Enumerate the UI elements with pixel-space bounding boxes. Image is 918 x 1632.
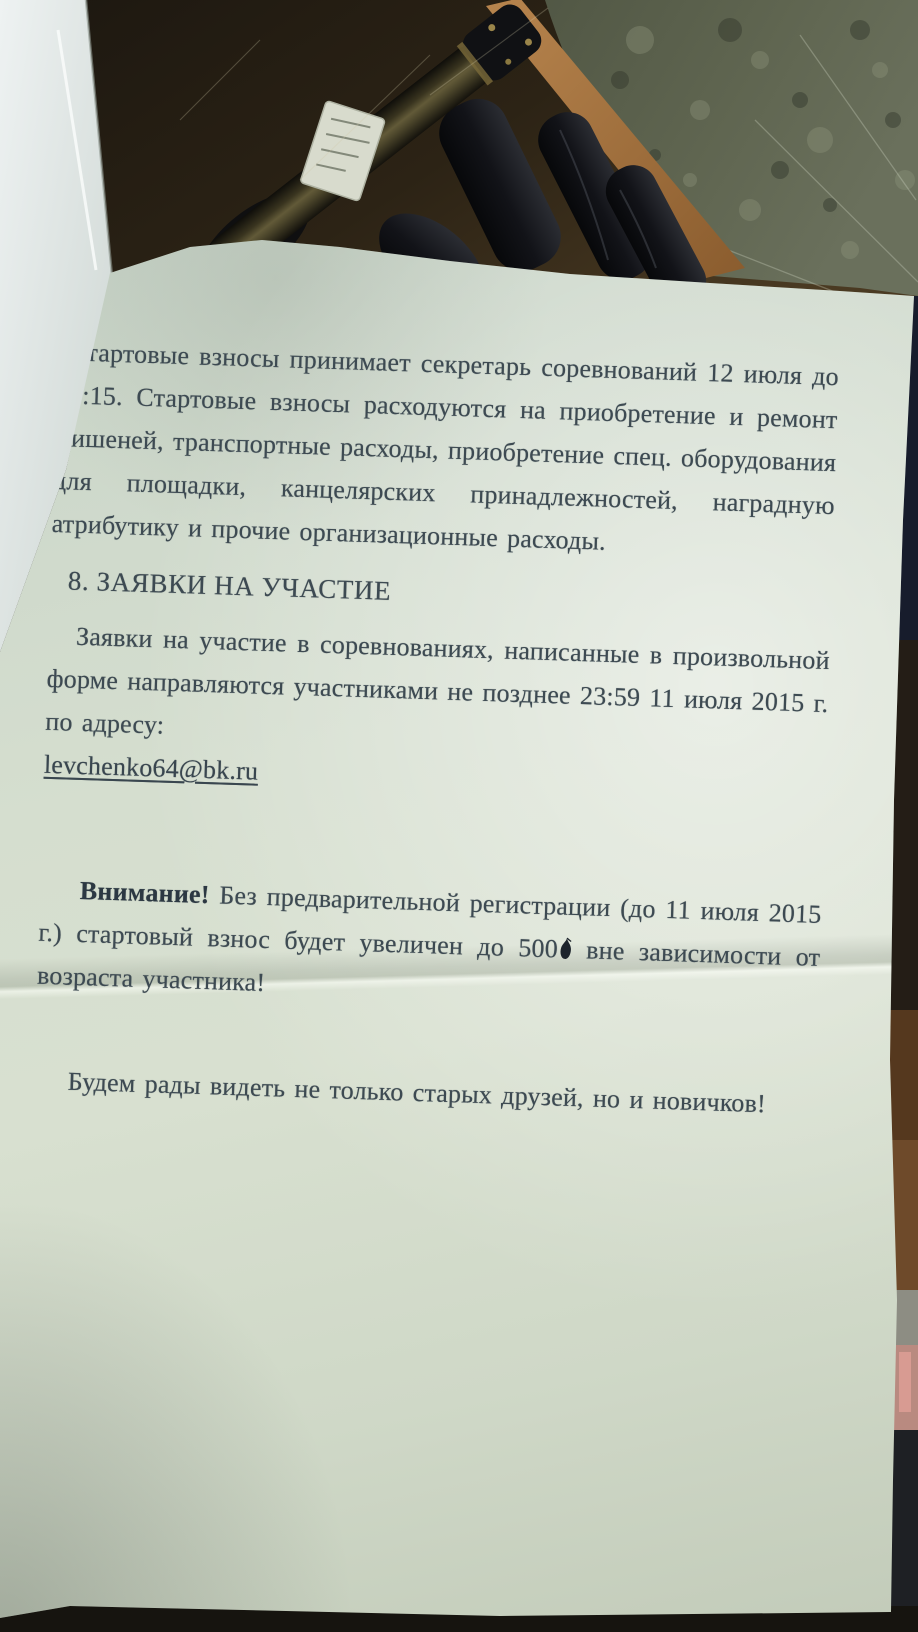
section-heading: 8. ЗАЯВКИ НА УЧАСТИЕ — [67, 559, 832, 627]
photo-canvas: Стартовые взносы принимает секретарь сор… — [0, 0, 918, 1632]
fee-amount: 500 — [518, 933, 559, 963]
warning-paragraph: Внимание! Без предварительной регистраци… — [36, 868, 822, 1022]
fees-paragraph: Стартовые взносы принимает секретарь сор… — [51, 330, 840, 570]
smudged-currency-glyph — [559, 937, 573, 962]
closing-line: Будем рады видеть не только старых друзе… — [33, 1059, 816, 1127]
warning-label: Внимание! — [79, 876, 210, 909]
applications-paragraph: Заявки на участие в соревнованиях, напис… — [45, 614, 831, 768]
document-text: Стартовые взносы принимает секретарь сор… — [33, 330, 840, 1127]
